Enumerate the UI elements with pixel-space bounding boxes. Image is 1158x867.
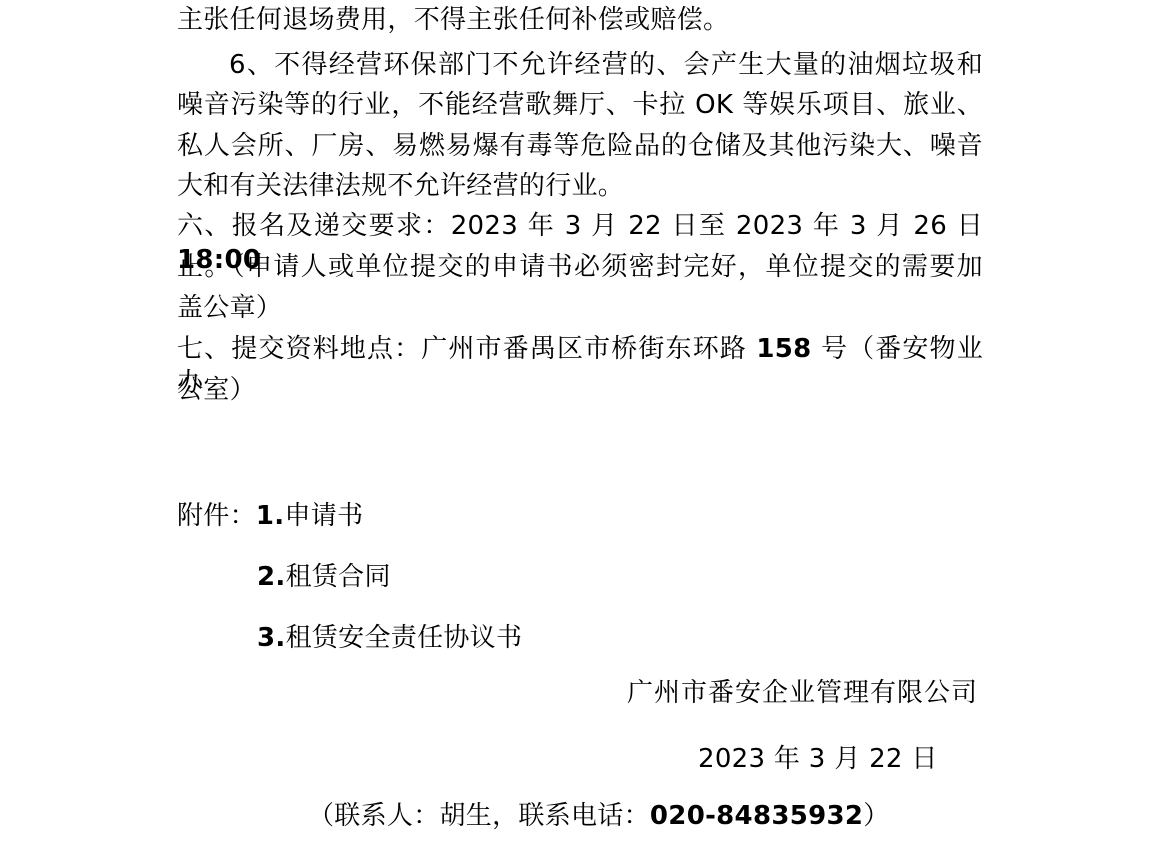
list-number: 2.	[257, 562, 286, 592]
list-number: 1.	[256, 501, 285, 531]
document-page: 主张任何退场费用，不得主张任何补偿或赔偿。 6、不得经营环保部门不允许经营的、会…	[0, 0, 1158, 867]
line-text: 大和有关法律法规不允许经营的行业。	[177, 171, 624, 201]
line-text: 公室）	[177, 375, 256, 405]
date-text: 2023 年 3 月 22 日	[698, 744, 938, 774]
line-text: 私人会所、厂房、易燃易爆有毒等危险品的仓储及其他污染大、噪音	[177, 131, 983, 161]
attachment-title: 租赁合同	[286, 562, 391, 592]
attachment-title: 申请书	[284, 501, 363, 531]
line-text: 止。（申请人或单位提交的申请书必须密封完好，单位提交的需要加	[177, 252, 983, 282]
attachment-title: 租赁安全责任协议书	[286, 623, 523, 653]
company-signature: 广州市番安企业管理有限公司	[627, 676, 978, 710]
list-number: 3.	[257, 623, 286, 653]
signature-date: 2023 年 3 月 22 日	[698, 742, 938, 776]
attachment-item-1: 附件：1.申请书	[177, 499, 983, 533]
line-text: 6、不得经营环保部门不允许经营的、会产生大量的油烟垃圾和	[229, 50, 983, 80]
line-text: 主张任何退场费用，不得主张任何补偿或赔偿。	[177, 5, 729, 35]
text-line-compensation-clause: 主张任何退场费用，不得主张任何补偿或赔偿。	[177, 3, 983, 37]
company-name: 广州市番安企业管理有限公司	[627, 678, 978, 708]
line-text: 六、报名及递交要求：2023 年 3 月 22 日至 2023 年 3 月 26…	[177, 211, 983, 241]
attachment-item-2: 2.租赁合同	[257, 560, 391, 594]
text-line-item6-2: 噪音污染等的行业，不能经营歌舞厅、卡拉 OK 等娱乐项目、旅业、	[177, 88, 983, 122]
text-line-section6-stamp: 盖公章）	[177, 291, 983, 325]
contact-info: （联系人：胡生，联系电话：020-84835932）	[308, 799, 890, 833]
text-line-item6-1: 6、不得经营环保部门不允许经营的、会产生大量的油烟垃圾和	[177, 48, 983, 82]
contact-label: （联系人：胡生，联系电话：	[308, 801, 650, 831]
phone-number: 020-84835932	[650, 801, 863, 831]
text-line-section7-office: 公室）	[177, 373, 983, 407]
attachment-item-3: 3.租赁安全责任协议书	[257, 621, 522, 655]
bold-street-number: 158	[756, 334, 811, 364]
text-line-item6-3: 私人会所、厂房、易燃易爆有毒等危险品的仓储及其他污染大、噪音	[177, 129, 983, 163]
line-text: 七、提交资料地点：广州市番禺区市桥街东环路	[177, 334, 756, 364]
text-line-section6-sealing: 止。（申请人或单位提交的申请书必须密封完好，单位提交的需要加	[177, 250, 983, 284]
text-line-item6-4: 大和有关法律法规不允许经营的行业。	[177, 169, 983, 203]
attachment-label: 附件：	[177, 501, 256, 531]
line-text: 盖公章）	[177, 293, 282, 323]
line-text: 噪音污染等的行业，不能经营歌舞厅、卡拉 OK 等娱乐项目、旅业、	[177, 90, 983, 120]
contact-tail: ）	[863, 801, 889, 831]
